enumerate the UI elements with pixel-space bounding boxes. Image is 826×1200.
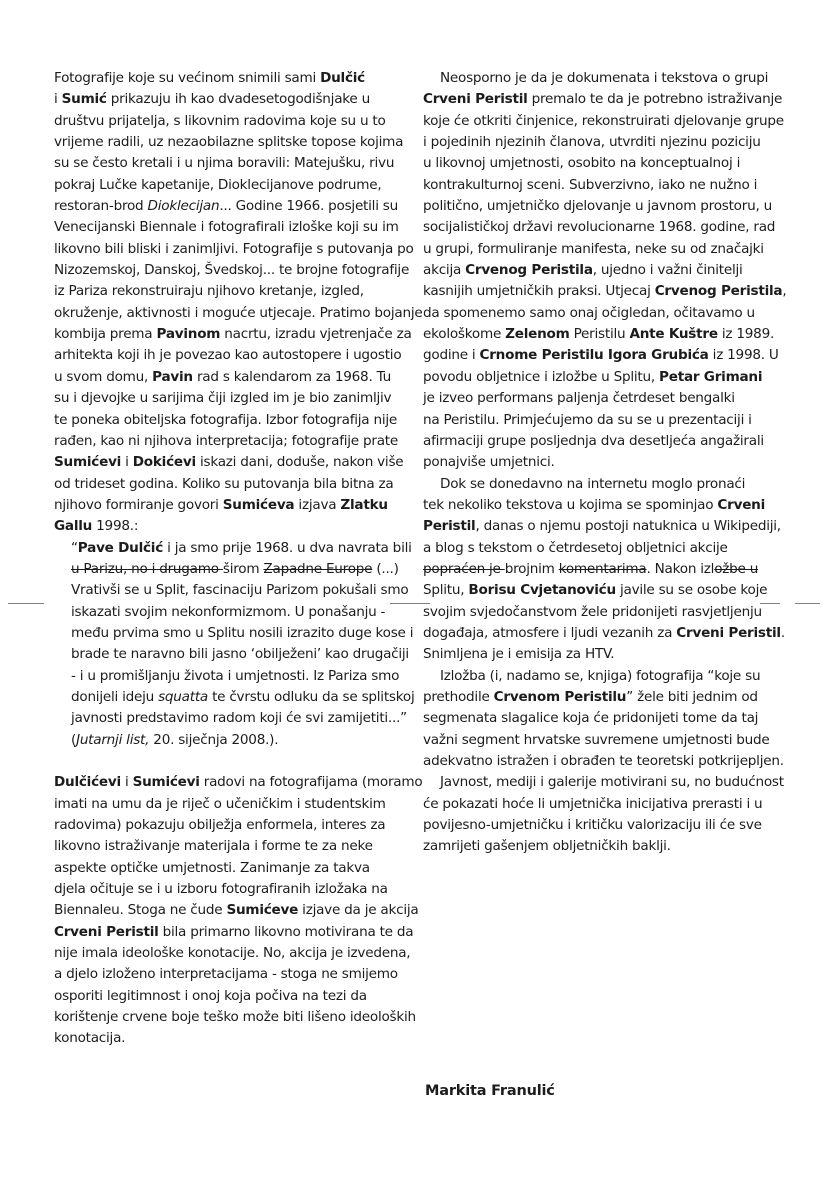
text-run: 20. siječnja 2008.). [149, 732, 278, 748]
text-run: ožbe u [714, 561, 758, 577]
text-run: njihovo formiranje govori [54, 497, 223, 513]
text-run: u likovnoj umjetnosti, osobito na koncep… [423, 155, 740, 171]
text-run: u svom domu, [54, 369, 152, 385]
text-run: kasnijih umjetničkih praksi. Utjecaj [423, 283, 655, 299]
text-run: godine i [423, 347, 480, 363]
text-line: afirmaciji grupe posljednja dva desetlje… [423, 431, 803, 452]
text-run: javile su se osobe koje [616, 582, 767, 598]
text-line: socijalističkoj državi revolucionarne 19… [423, 217, 803, 238]
italic-title: Dioklecijan [148, 198, 220, 214]
text-line: adekvatno istražen i obrađen te teoretsk… [423, 751, 803, 772]
bold-name: Zlatku [340, 497, 387, 513]
text-run: korištenje crvene boje teško može biti l… [54, 1009, 416, 1025]
text-run: akcija [423, 262, 465, 278]
text-run: 1998.: [92, 518, 138, 534]
text-run: ponajviše umjetnici. [423, 454, 555, 470]
text-line: su i djevojke u sarijima čiji izgled im … [54, 388, 414, 409]
text-run: na Peristilu. Primjećujemo da su se u pr… [423, 412, 752, 428]
text-line: pokraj Lučke kapetanije, Dioklecijanove … [54, 175, 414, 196]
bold-name: Crveni [717, 497, 765, 513]
text-line: godine i Crnome Peristilu Igora Grubića … [423, 345, 803, 366]
text-line: likovno istraživanje materijala i forme … [54, 836, 414, 857]
text-line: likovno bili bliski i zanimljivi. Fotogr… [54, 239, 414, 260]
text-line: Biennaleu. Stoga ne čude Sumićeve izjave… [54, 900, 414, 921]
text-run: Venecijanski Biennale i fotografirali iz… [54, 219, 399, 235]
text-line: zamrijeti gašenjem obljetničkih baklji. [423, 836, 803, 857]
text-run: socijalističkoj državi revolucionarne 19… [423, 219, 775, 235]
bold-name: Sumićevi [54, 454, 121, 470]
bold-name: Igora Grubića [603, 347, 708, 363]
text-line: kombija prema Pavinom nacrtu, izradu vje… [54, 324, 414, 345]
text-run: Nizozemskoj, Danskoj, Švedskoj... te bro… [54, 262, 409, 278]
bold-name: Pavin [152, 369, 193, 385]
text-line: među prvima smo u Splitu nosili izrazito… [54, 623, 414, 644]
text-line: su se često kretali i u njima boravili: … [54, 153, 414, 174]
block-quote: “Pave Dulčić i ja smo prije 1968. u dva … [54, 538, 414, 751]
text-run: iz Pariza rekonstruiraju njihovo kretanj… [54, 283, 364, 299]
bold-name: Sumićeva [223, 497, 295, 513]
text-run: i [54, 91, 62, 107]
text-line: tek nekoliko tekstova u kojima se spomin… [423, 495, 803, 516]
text-run: Neosporno je da je dokumenata i tekstova… [440, 70, 768, 86]
text-line: na Peristilu. Primjećujemo da su se u pr… [423, 410, 803, 431]
text-line: segmenata slagalice koja će pridonijeti … [423, 708, 803, 729]
text-run: povijesno-umjetničku i kritičku valoriza… [423, 817, 762, 833]
text-line: je izveo performans paljenja četrdeset b… [423, 388, 803, 409]
text-run: , danas o njemu postoji natuknica u Wiki… [475, 518, 780, 534]
text-run: ekološkome [423, 326, 505, 342]
text-line: Dok se donedavno na internetu moglo pron… [423, 474, 803, 495]
text-line: djela očituje se i u izboru fotografiran… [54, 879, 414, 900]
paragraph: Javnost, mediji i galerije motivirani su… [423, 772, 803, 857]
text-line: Gallu 1998.: [54, 516, 414, 537]
text-run: kombija prema [54, 326, 156, 342]
text-run: - i u promišljanju života i umjetnosti. … [71, 668, 399, 684]
bold-name: Dulčić [320, 70, 365, 86]
text-run: konotacija. [54, 1030, 125, 1046]
text-line: Peristil, danas o njemu postoji natuknic… [423, 516, 803, 537]
text-run: iz 1998. U [709, 347, 779, 363]
text-run: društvu prijatelja, s likovnim radovima … [54, 113, 386, 129]
paragraph: Dok se donedavno na internetu moglo pron… [423, 474, 803, 666]
text-run: . [781, 625, 785, 641]
fold-mark-left [8, 603, 44, 604]
text-line: Snimljena je i emisija za HTV. [423, 644, 803, 665]
left-column: Fotografije koje su većinom snimili sami… [54, 68, 414, 1050]
text-line: prethodile Crvenom Peristilu” žele biti … [423, 687, 803, 708]
text-run: bila primarno likovno motivirana te da [159, 924, 414, 940]
text-run: u grupi, formuliranje manifesta, neke su… [423, 241, 764, 257]
bold-name: Crvenom Peristilu [494, 689, 627, 705]
text-line: brade te naravno bili jasno ‘obilježeni’… [54, 644, 414, 665]
text-line: imati na umu da je riječ o učeničkim i s… [54, 794, 414, 815]
bold-name: Crnome Peristilu [480, 347, 604, 363]
text-line: povodu obljetnice i izložbe u Splitu, Pe… [423, 367, 803, 388]
text-line: važni segment hrvatske suvremene umjetno… [423, 730, 803, 751]
text-run: su i djevojke u sarijima čiji izgled im … [54, 390, 391, 406]
text-line: njihovo formiranje govori Sumićeva izjav… [54, 495, 414, 516]
text-run: zamrijeti gašenjem obljetničkih baklji. [423, 838, 671, 854]
text-run: povodu obljetnice i izložbe u Splitu, [423, 369, 659, 385]
text-line: Crveni Peristil bila primarno likovno mo… [54, 922, 414, 943]
text-run: brade te naravno bili jasno ‘obilježeni’… [71, 646, 409, 662]
text-run: (...) [372, 561, 398, 577]
text-run: izjava [294, 497, 340, 513]
text-run: te čvrstu odluku da se splitskoj [208, 689, 414, 705]
bold-name: Dokićevi [133, 454, 196, 470]
text-run: nije imala ideološke konotacije. No, akc… [54, 945, 410, 961]
text-line: osporiti legitimnost i onoj koja počiva … [54, 986, 414, 1007]
text-line: događaja, atmosfere i ljudi vezanih za C… [423, 623, 803, 644]
text-line: restoran-brod Dioklecijan... Godine 1966… [54, 196, 414, 217]
text-line: Fotografije koje su većinom snimili sami… [54, 68, 414, 89]
text-run: politično, umjetničko djelovanje u javno… [423, 198, 772, 214]
text-run: među prvima smo u Splitu nosili izrazito… [71, 625, 413, 641]
text-run: iz 1989. [718, 326, 774, 342]
text-run: svojim svjedočanstvom žele pridonijeti r… [423, 604, 762, 620]
bold-name: Crveni Peristil [676, 625, 781, 641]
text-run: kontrakulturnoj sceni. Subverzivno, iako… [423, 177, 757, 193]
text-run: su se često kretali i u njima boravili: … [54, 155, 394, 171]
text-run: i pojedinih njezinih članova, utvrditi n… [423, 134, 761, 150]
text-line: u svom domu, Pavin rad s kalendarom za 1… [54, 367, 414, 388]
paragraph: Dulčićevi i Sumićevi radovi na fotografi… [54, 772, 414, 1049]
bold-name: Zelenom [505, 326, 569, 342]
text-line: konotacija. [54, 1028, 414, 1049]
text-run: Splitu, [423, 582, 468, 598]
text-run: premalo te da je potrebno istraživanje [528, 91, 783, 107]
text-line: i Sumić prikazuju ih kao dvadesetogodišn… [54, 89, 414, 110]
text-run: rađen, kao ni njihova interpretacija; fo… [54, 433, 398, 449]
text-line: Izložba (i, nadamo se, knjiga) fotografi… [423, 666, 803, 687]
text-line: radovima) pokazuju obilježja enformela, … [54, 815, 414, 836]
text-run: ... Godine 1966. posjetili su [219, 198, 398, 214]
text-run: likovno istraživanje materijala i forme … [54, 838, 373, 854]
text-run: , ujedno i važni činitelji [593, 262, 743, 278]
text-run: širom [223, 561, 264, 577]
text-run: a blog s tekstom o četrdesetoj obljetnic… [423, 540, 728, 556]
text-run: da spomenemo samo onaj očigledan, očitav… [423, 305, 755, 321]
text-line: a blog s tekstom o četrdesetoj obljetnic… [423, 538, 803, 559]
text-run: arhitekta koji ih je povezao kao autosto… [54, 347, 401, 363]
text-run: segmenata slagalice koja će pridonijeti … [423, 710, 758, 726]
text-run: okruženje, aktivnosti i moguće utjecaje.… [54, 305, 423, 321]
bold-name: Crveni Peristil [423, 91, 528, 107]
text-line: kontrakulturnoj sceni. Subverzivno, iako… [423, 175, 803, 196]
text-line: javnosti predstavimo radom koji će svi z… [54, 708, 414, 729]
text-run: pokraj Lučke kapetanije, Dioklecijanove … [54, 177, 381, 193]
text-run: imati na umu da je riječ o učeničkim i s… [54, 796, 386, 812]
text-line: (Jutarnji list, 20. siječnja 2008.). [54, 730, 414, 751]
text-run: prethodile [423, 689, 494, 705]
text-line: da spomenemo samo onaj očigledan, očitav… [423, 303, 803, 324]
text-line: nije imala ideološke konotacije. No, akc… [54, 943, 414, 964]
text-run: brojnim [505, 561, 559, 577]
text-run: Snimljena je i emisija za HTV. [423, 646, 614, 662]
text-line: akcija Crvenog Peristila, ujedno i važni… [423, 260, 803, 281]
text-run: te poneka obiteljska fotografija. Izbor … [54, 412, 397, 428]
text-run: tek nekoliko tekstova u kojima se spomin… [423, 497, 717, 513]
text-line: i pojedinih njezinih članova, utvrditi n… [423, 132, 803, 153]
text-line: te poneka obiteljska fotografija. Izbor … [54, 410, 414, 431]
text-line: Javnost, mediji i galerije motivirani su… [423, 772, 803, 793]
text-run: iskazati svojim nekonformizmom. U ponaša… [71, 604, 385, 620]
bold-name: Gallu [54, 518, 92, 534]
paragraph-gap [54, 751, 414, 772]
text-line: - i u promišljanju života i umjetnosti. … [54, 666, 414, 687]
text-line: popraćen je brojnim komentarima. Nakon i… [423, 559, 803, 580]
fold-mark-right [760, 603, 780, 604]
bold-name: Sumićeve [226, 902, 298, 918]
text-line: društvu prijatelja, s likovnim radovima … [54, 111, 414, 132]
text-line: u likovnoj umjetnosti, osobito na koncep… [423, 153, 803, 174]
text-run: javnosti predstavimo radom koji će svi z… [71, 710, 407, 726]
text-line: u Parizu, no i drugamo širom Zapadne Eur… [54, 559, 414, 580]
text-line: koje će otkriti činjenice, rekonstruirat… [423, 111, 803, 132]
text-line: kasnijih umjetničkih praksi. Utjecaj Crv… [423, 281, 803, 302]
text-line: donijeli ideju squatta te čvrstu odluku … [54, 687, 414, 708]
text-line: Crveni Peristil premalo te da je potrebn… [423, 89, 803, 110]
text-line: povijesno-umjetničku i kritičku valoriza… [423, 815, 803, 836]
text-run: aspekte optičke umjetnosti. Zanimanje za… [54, 860, 370, 876]
bold-name: Peristil [423, 518, 475, 534]
text-line: Dulčićevi i Sumićevi radovi na fotografi… [54, 772, 414, 793]
text-run: će pokazati hoće li umjetnička inicijati… [423, 796, 762, 812]
text-run: Izložba (i, nadamo se, knjiga) fotografi… [440, 668, 760, 684]
text-line: Vrativši se u Split, fascinaciju Parizom… [54, 580, 414, 601]
text-run: rad s kalendarom za 1968. Tu [193, 369, 391, 385]
text-run: koje će otkriti činjenice, rekonstruirat… [423, 113, 784, 129]
text-line: vrijeme radili, uz nezaobilazne splitske… [54, 132, 414, 153]
text-run: djela očituje se i u izboru fotografiran… [54, 881, 388, 897]
text-run: radovima) pokazuju obilježja enformela, … [54, 817, 385, 833]
text-line: politično, umjetničko djelovanje u javno… [423, 196, 803, 217]
bold-name: Dulčićevi [54, 774, 121, 790]
text-run: Vrativši se u Split, fascinaciju Parizom… [71, 582, 408, 598]
text-line: svojim svjedočanstvom žele pridonijeti r… [423, 602, 803, 623]
paragraph: Fotografije koje su većinom snimili sami… [54, 68, 414, 538]
text-run: i [121, 454, 133, 470]
text-run: izjave da je akcija [298, 902, 418, 918]
text-run: događaja, atmosfere i ljudi vezanih za [423, 625, 676, 641]
text-run: i ja smo prije 1968. u dva navrata bili [163, 540, 412, 556]
text-run: popraćen je [423, 561, 505, 577]
text-run: Biennaleu. Stoga ne čude [54, 902, 226, 918]
text-line: Sumićevi i Dokićevi iskazi dani, doduše,… [54, 452, 414, 473]
bold-name: Sumić [62, 91, 107, 107]
text-line: iskazati svojim nekonformizmom. U ponaša… [54, 602, 414, 623]
text-run: Dok se donedavno na internetu moglo pron… [440, 476, 745, 492]
bold-name: Crvenog Peristila [655, 283, 783, 299]
bold-name: Pave Dulčić [78, 540, 163, 556]
text-line: aspekte optičke umjetnosti. Zanimanje za… [54, 858, 414, 879]
text-line: okruženje, aktivnosti i moguće utjecaje.… [54, 303, 414, 324]
text-run: . Nakon izl [646, 561, 714, 577]
text-line: u grupi, formuliranje manifesta, neke su… [423, 239, 803, 260]
text-line: arhitekta koji ih je povezao kao autosto… [54, 345, 414, 366]
text-run: adekvatno istražen i obrađen te teoretsk… [423, 753, 784, 769]
italic-title: Jutarnji list, [76, 732, 149, 748]
right-column: Neosporno je da je dokumenata i tekstova… [423, 68, 803, 858]
bold-name: Ante Kuštre [629, 326, 717, 342]
text-line: rađen, kao ni njihova interpretacija; fo… [54, 431, 414, 452]
text-line: Venecijanski Biennale i fotografirali iz… [54, 217, 414, 238]
text-run: iskazi dani, doduše, nakon više [196, 454, 404, 470]
text-run: a djelo izloženo interpretacijama - stog… [54, 966, 398, 982]
text-run: i [121, 774, 133, 790]
text-line: korištenje crvene boje teško može biti l… [54, 1007, 414, 1028]
text-run: radovi na fotografijama (moramo [200, 774, 423, 790]
bold-name: Crvenog Peristila [465, 262, 593, 278]
text-line: iz Pariza rekonstruiraju njihovo kretanj… [54, 281, 414, 302]
author-signature: Markita Franulić [425, 1083, 555, 1099]
paragraph: Izložba (i, nadamo se, knjiga) fotografi… [423, 666, 803, 773]
text-run: likovno bili bliski i zanimljivi. Fotogr… [54, 241, 414, 257]
text-run: u Parizu, no i drugamo [71, 561, 223, 577]
text-line: Splitu, Borisu Cvjetanoviću javile su se… [423, 580, 803, 601]
text-line: “Pave Dulčić i ja smo prije 1968. u dva … [54, 538, 414, 559]
bold-name: Sumićevi [133, 774, 200, 790]
text-run: donijeli ideju [71, 689, 158, 705]
text-run: je izveo performans paljenja četrdeset b… [423, 390, 735, 406]
text-line: ekološkome Zelenom Peristilu Ante Kuštre… [423, 324, 803, 345]
text-line: a djelo izloženo interpretacijama - stog… [54, 964, 414, 985]
fold-mark-right-2 [795, 603, 820, 604]
text-line: Nizozemskoj, Danskoj, Švedskoj... te bro… [54, 260, 414, 281]
text-line: ponajviše umjetnici. [423, 452, 803, 473]
text-run: komentarima [559, 561, 647, 577]
text-run: afirmaciji grupe posljednja dva desetlje… [423, 433, 764, 449]
text-run: ” žele biti jednim od [626, 689, 758, 705]
text-run: nacrtu, izradu vjetrenjače za [220, 326, 411, 342]
text-run: Javnost, mediji i galerije motivirani su… [440, 774, 784, 790]
text-run: Fotografije koje su većinom snimili sami [54, 70, 320, 86]
bold-name: Petar Grimani [659, 369, 762, 385]
text-line: će pokazati hoće li umjetnička inicijati… [423, 794, 803, 815]
text-run: , [782, 283, 786, 299]
paragraph: Neosporno je da je dokumenata i tekstova… [423, 68, 803, 474]
text-run: Zapadne Europe [263, 561, 372, 577]
text-run: prikazuju ih kao dvadesetogodišnjake u [107, 91, 370, 107]
text-line: Neosporno je da je dokumenata i tekstova… [423, 68, 803, 89]
text-run: od trideset godina. Koliko su putovanja … [54, 476, 394, 492]
text-run: restoran-brod [54, 198, 148, 214]
bold-name: Pavinom [156, 326, 220, 342]
bold-name: Borisu Cvjetanoviću [468, 582, 615, 598]
fold-mark-gutter [390, 603, 430, 604]
text-run: vrijeme radili, uz nezaobilazne splitske… [54, 134, 403, 150]
text-run: važni segment hrvatske suvremene umjetno… [423, 732, 770, 748]
text-run: Peristilu [570, 326, 630, 342]
text-line: od trideset godina. Koliko su putovanja … [54, 474, 414, 495]
text-run: osporiti legitimnost i onoj koja počiva … [54, 988, 367, 1004]
italic-title: squatta [158, 689, 208, 705]
text-run: “ [71, 540, 78, 556]
bold-name: Crveni Peristil [54, 924, 159, 940]
